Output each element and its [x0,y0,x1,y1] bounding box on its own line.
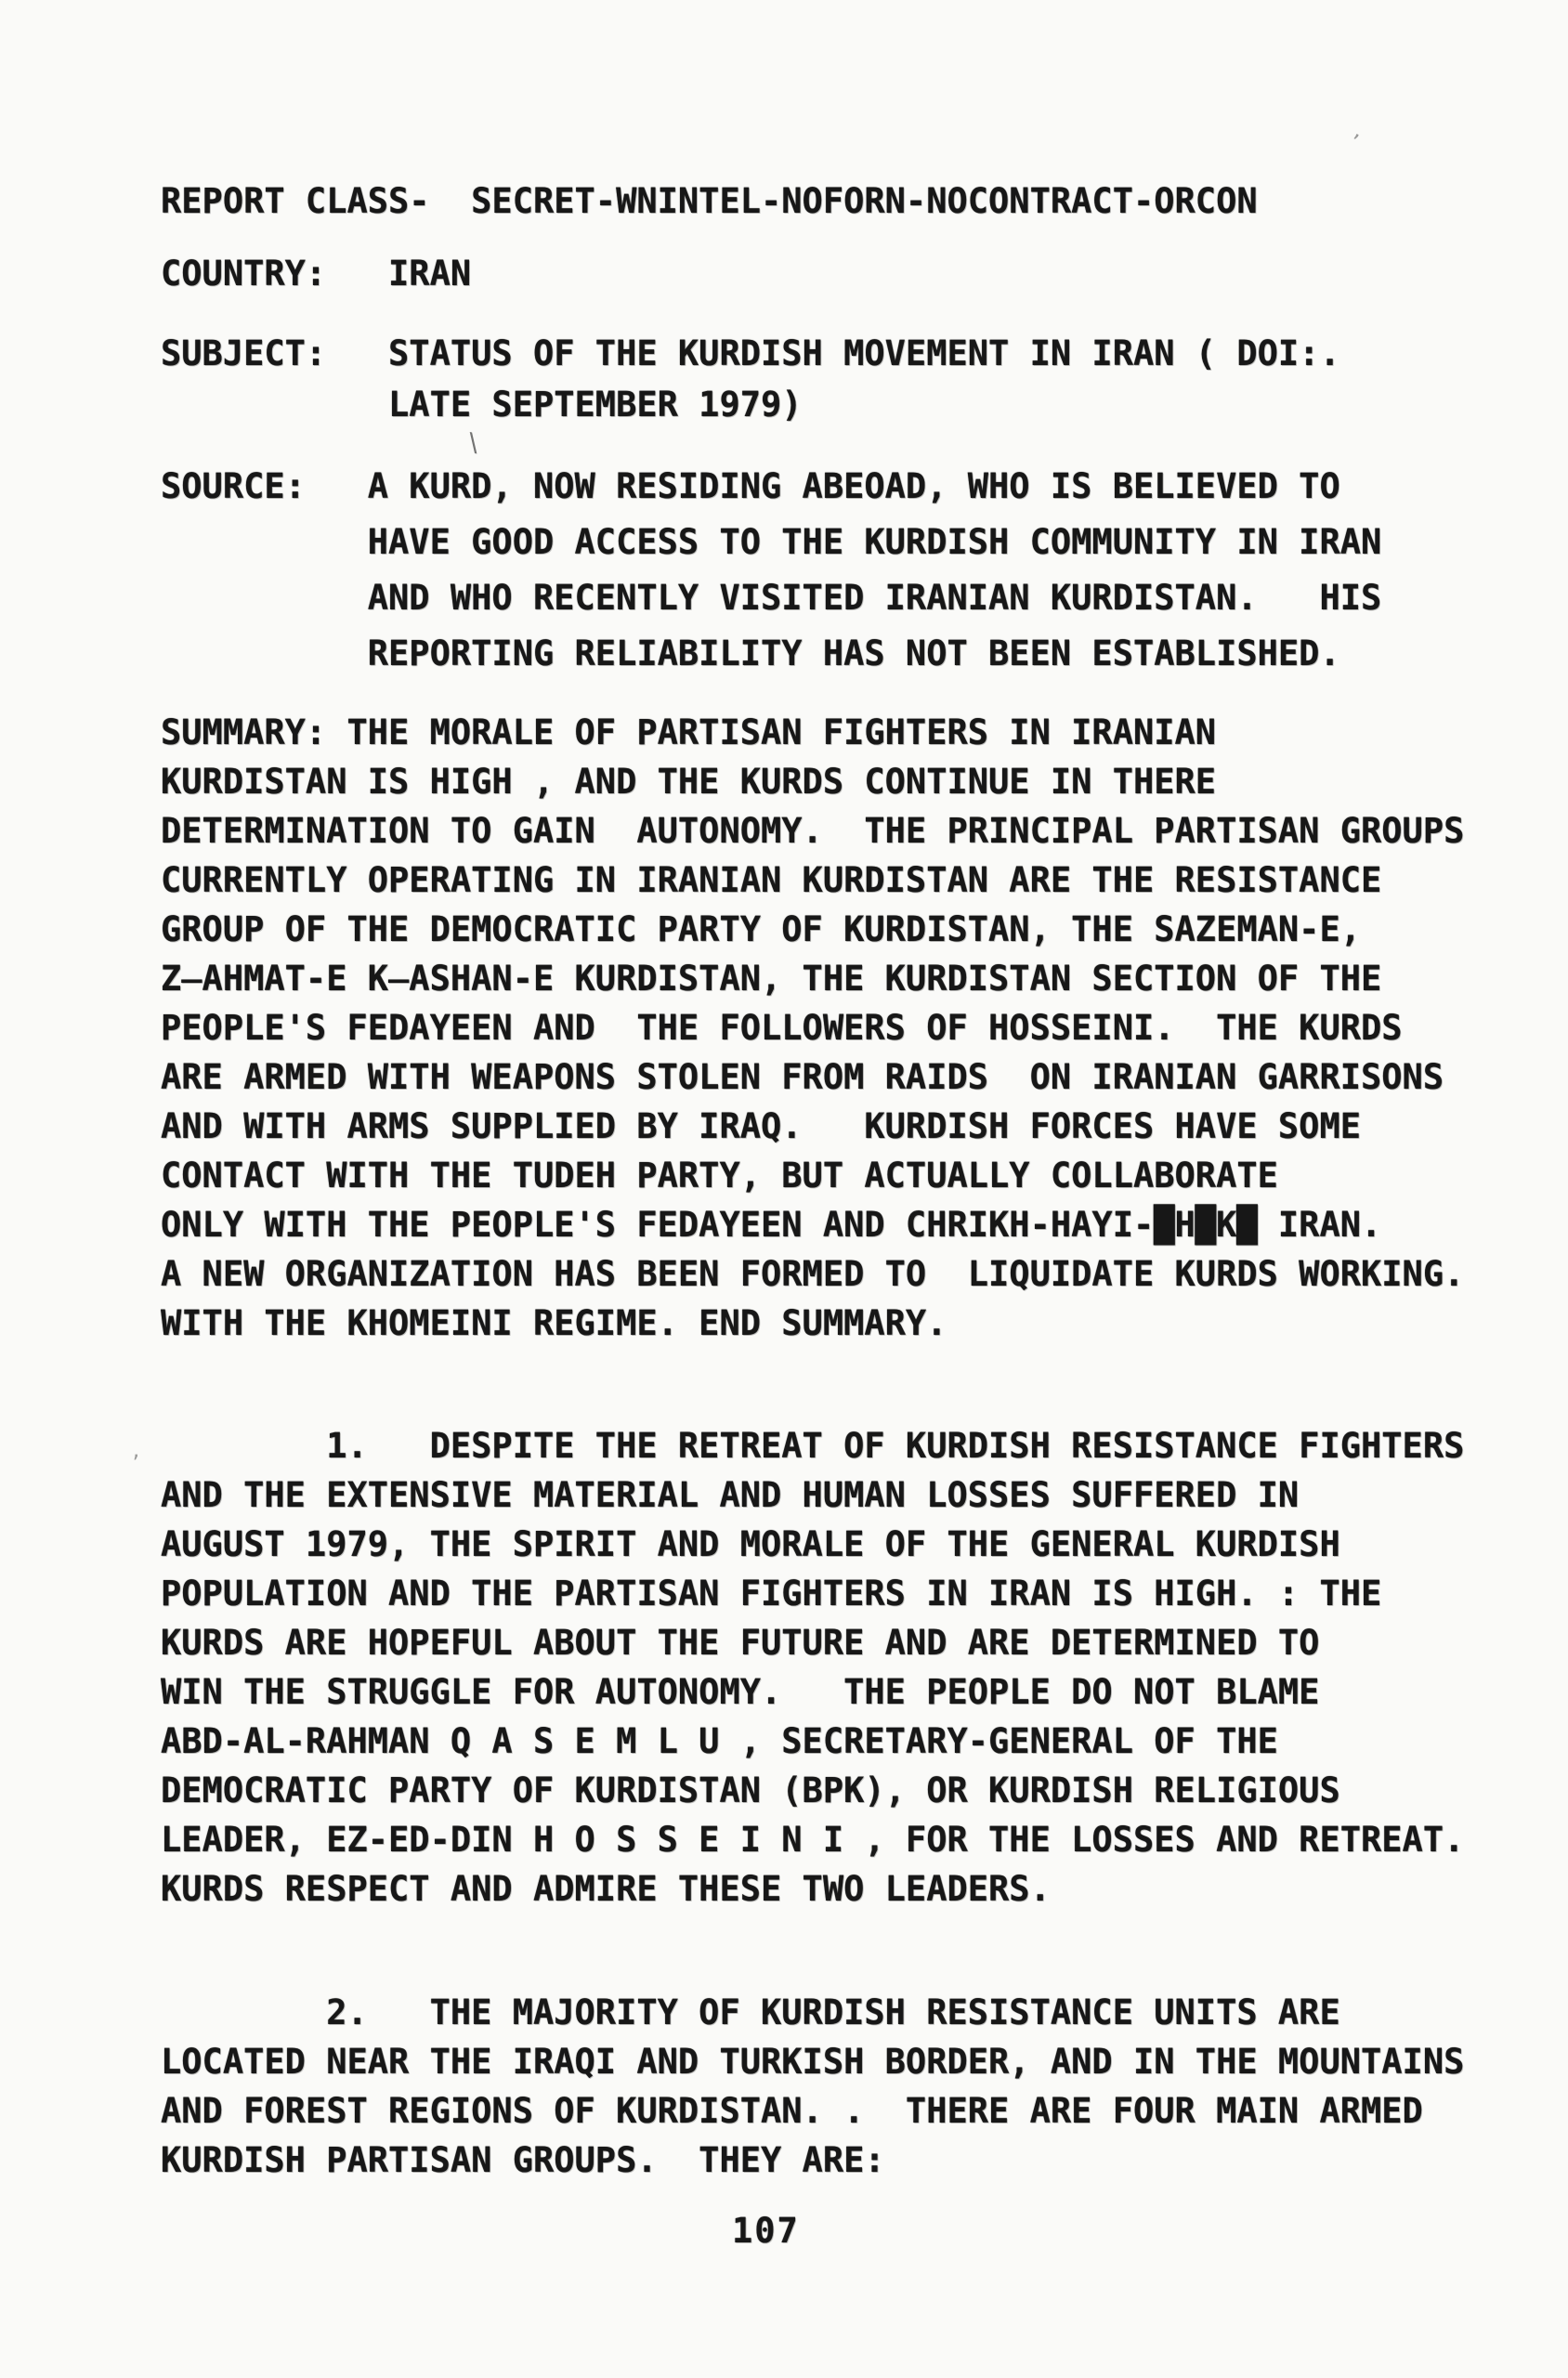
scanned-document-page: REPORT CLASS- SECRET-WNINTEL-NOFORN-NOCO… [0,0,1568,2378]
classification-line: REPORT CLASS- SECRET-WNINTEL-NOFORN-NOCO… [161,176,1258,226]
subject-block: SUBJECT: STATUS OF THE KURDISH MOVEMENT … [161,328,1340,430]
paragraph-1: 1. DESPITE THE RETREAT OF KURDISH RESIST… [161,1421,1464,1914]
stray-speck: ʼ [1345,129,1364,154]
paragraph-2: 2. THE MAJORITY OF KURDISH RESISTANCE UN… [161,1988,1464,2185]
stray-tick-mark: ʼ [130,1451,141,1473]
summary-paragraph: SUMMARY: THE MORALE OF PARTISAN FIGHTERS… [161,708,1464,1348]
stray-check-mark: \ [464,428,484,459]
page-number: 107 [732,2206,800,2255]
source-block: SOURCE: A KURD, NOW RESIDING ABEOAD, WHO… [161,459,1381,682]
country-line: COUNTRY: IRAN [161,249,471,298]
